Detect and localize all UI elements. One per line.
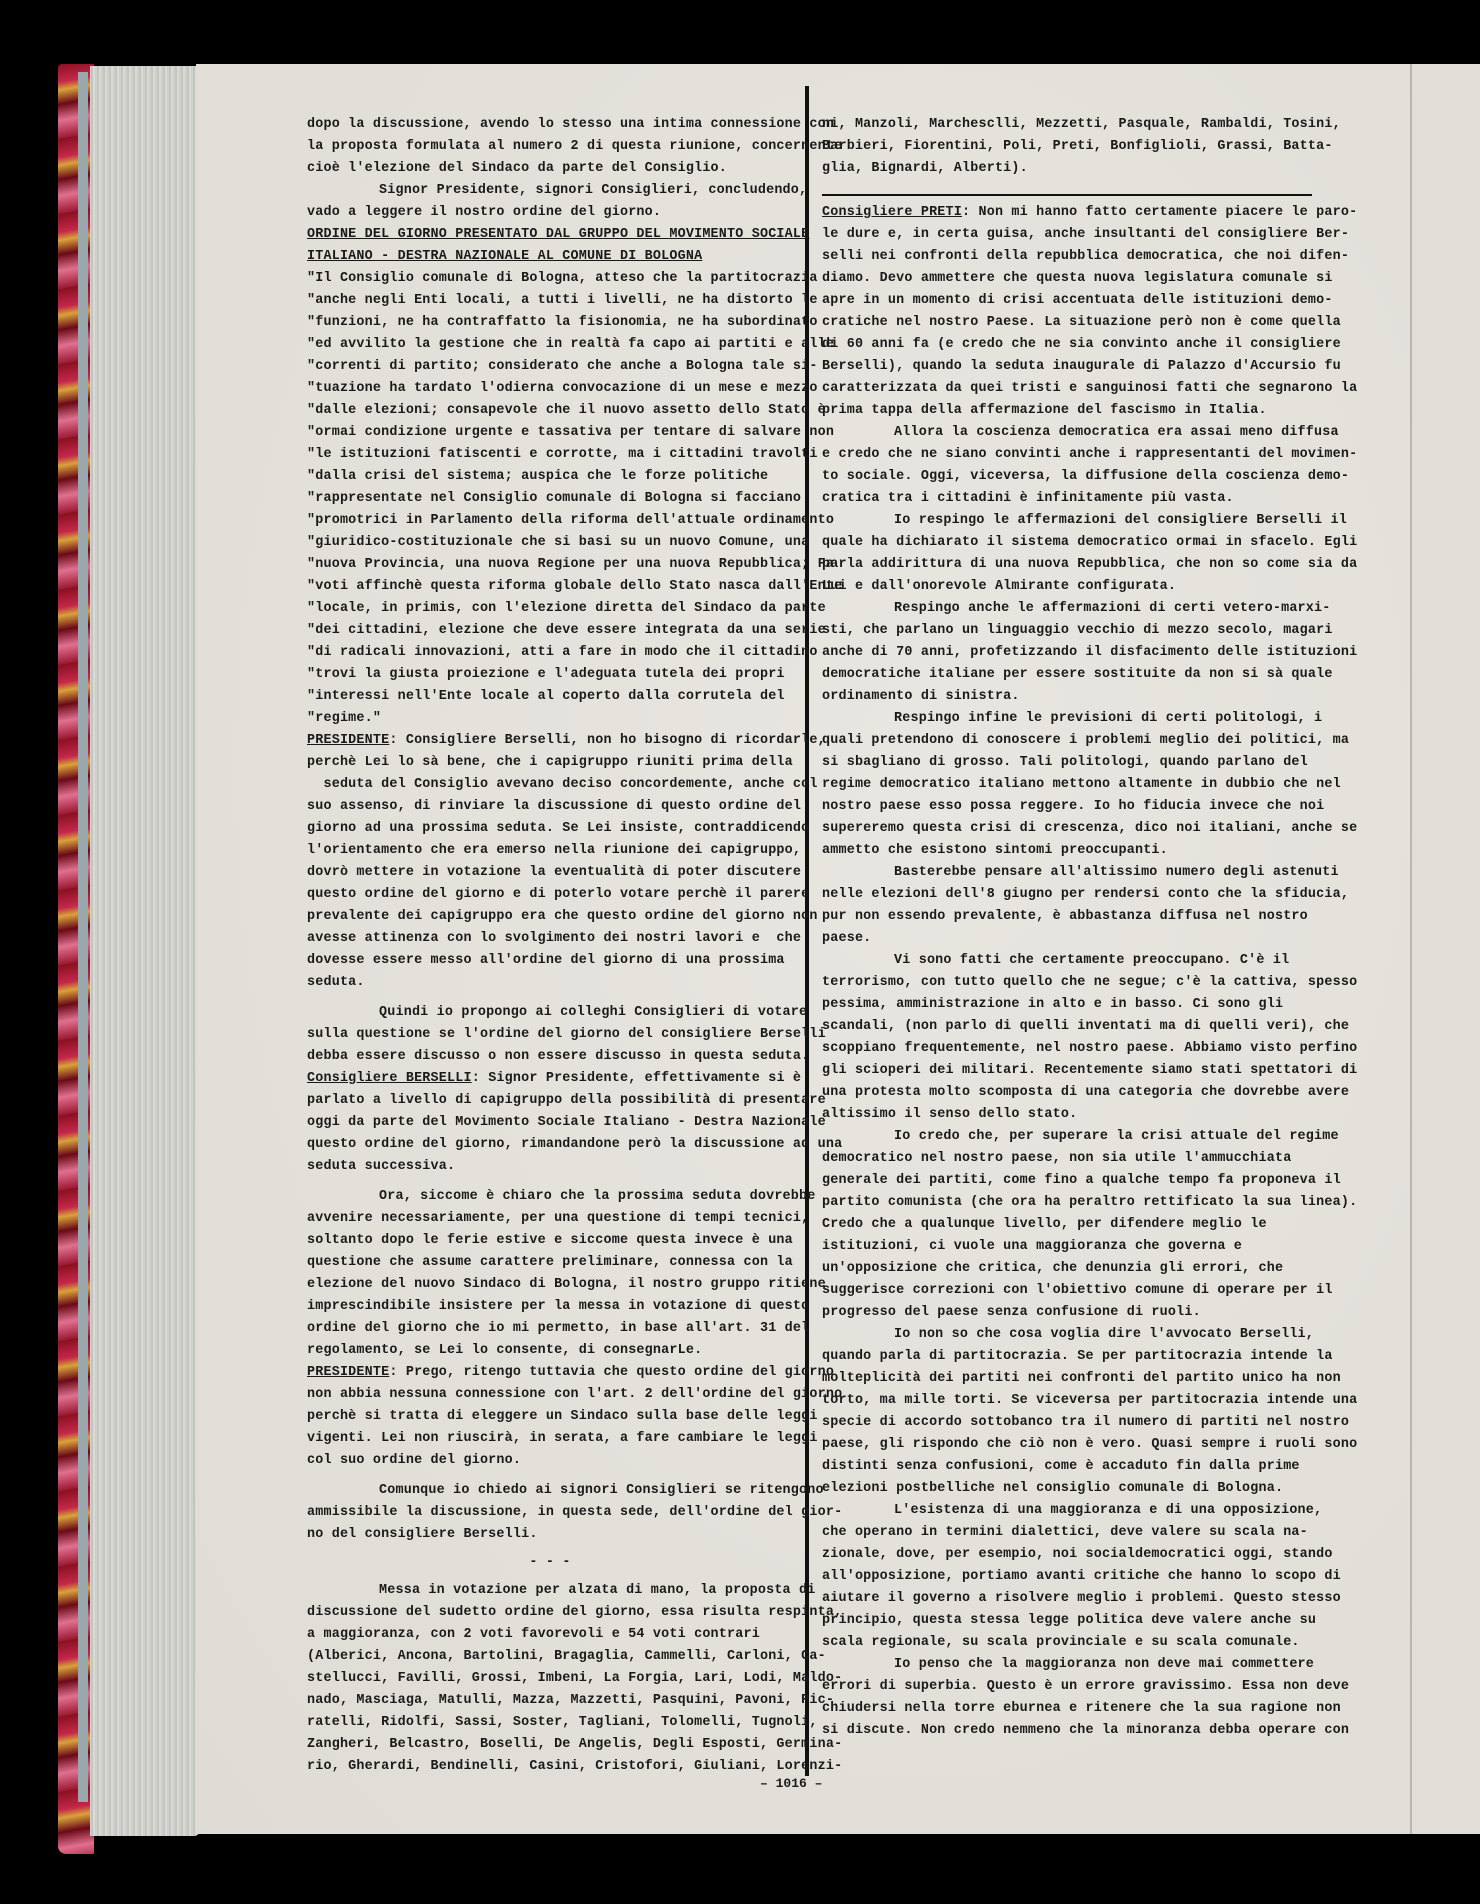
- vote-line: ratelli, Ridolfi, Sassi, Soster, Taglian…: [307, 1712, 793, 1734]
- spacer: [307, 1472, 793, 1480]
- spacer: [307, 994, 793, 1002]
- vote-line: Zangheri, Belcastro, Boselli, De Angelis…: [307, 1734, 793, 1756]
- speech-line: supereremo questa crisi di crescenza, di…: [822, 818, 1312, 840]
- book-board-edge: [78, 72, 88, 1802]
- motion-line: "giuridico-costituzionale che si basi su…: [307, 532, 793, 554]
- speech-line: pessima, amministrazione in alto e in ba…: [822, 994, 1312, 1016]
- motion-line: "dalle elezioni; consapevole che il nuov…: [307, 400, 793, 422]
- speech-line: avvenire necessariamente, per una questi…: [307, 1208, 793, 1230]
- motion-line: "dalla crisi del sistema; auspica che le…: [307, 466, 793, 488]
- motion-line: "le istituzioni fatiscenti e corrotte, m…: [307, 444, 793, 466]
- speech-line: errori di superbia. Questo è un errore g…: [822, 1676, 1312, 1698]
- speech-line: specie di accordo sottobanco tra il nume…: [822, 1412, 1312, 1434]
- speech-line: parlato a livello di capigruppo della po…: [307, 1090, 793, 1112]
- speech-line: seduta successiva.: [307, 1156, 793, 1178]
- speech-line: cratica tra i cittadini è infinitamente …: [822, 488, 1312, 510]
- motion-line: "rappresentate nel Consiglio comunale di…: [307, 488, 793, 510]
- speech-line: paese, gli rispondo che ciò non è vero. …: [822, 1434, 1312, 1456]
- book-cover-marbled: [58, 64, 94, 1854]
- speech-line: L'esistenza di una maggioranza e di una …: [822, 1500, 1312, 1522]
- speech-line: che operano in termini dialettici, deve …: [822, 1522, 1312, 1544]
- presidente-speech-first-line: PRESIDENTE: Prego, ritengo tuttavia che …: [307, 1362, 793, 1384]
- motion-line: "funzioni, ne ha contraffatto la fisiono…: [307, 312, 793, 334]
- speaker-label: Consigliere BERSELLI: [307, 1071, 472, 1086]
- speech-line: paese.: [822, 928, 1312, 950]
- speech-line: Io credo che, per superare la crisi attu…: [822, 1126, 1312, 1148]
- speech-line: Berselli), quando la seduta inaugurale d…: [822, 356, 1312, 378]
- speech-line: le dure e, in certa guisa, anche insulta…: [822, 224, 1312, 246]
- speech-text: : Non mi hanno fatto certamente piacere …: [962, 205, 1357, 220]
- speaker-label: Consigliere PRETI: [822, 205, 962, 220]
- right-column: ni, Manzoli, Marchesclli, Mezzetti, Pasq…: [822, 114, 1312, 1742]
- motion-line: "correnti di partito; considerato che an…: [307, 356, 793, 378]
- speech-line: ordinamento di sinistra.: [822, 686, 1312, 708]
- speech-line: aiutare il governo a risolvere meglio i …: [822, 1588, 1312, 1610]
- speech-line: generale dei partiti, come fino a qualch…: [822, 1170, 1312, 1192]
- speech-line: un'opposizione che critica, che denunzia…: [822, 1258, 1312, 1280]
- speech-line: to sociale. Oggi, viceversa, la diffusio…: [822, 466, 1312, 488]
- speech-line: Quindi io propongo ai colleghi Consiglie…: [307, 1002, 793, 1024]
- speech-line: prevalente dei capigruppo era che questo…: [307, 906, 793, 928]
- speech-line: Io respingo le affermazioni del consigli…: [822, 510, 1312, 532]
- speech-line: col suo ordine del giorno.: [307, 1450, 793, 1472]
- motion-line: "interessi nell'Ente locale al coperto d…: [307, 686, 793, 708]
- speech-line: regolamento, se Lei lo consente, di cons…: [307, 1340, 793, 1362]
- speech-line: nelle elezioni dell'8 giugno per renders…: [822, 884, 1312, 906]
- motion-line: "Il Consiglio comunale di Bologna, attes…: [307, 268, 793, 290]
- speech-line: principio, questa stessa legge politica …: [822, 1610, 1312, 1632]
- speech-line: Allora la coscienza democratica era assa…: [822, 422, 1312, 444]
- speech-line: perchè si tratta di eleggere un Sindaco …: [307, 1406, 793, 1428]
- vote-line: glia, Bignardi, Alberti).: [822, 158, 1312, 180]
- text-line: cioè l'elezione del Sindaco da parte del…: [307, 158, 793, 180]
- speech-line: istituzioni, ci vuole una maggioranza ch…: [822, 1236, 1312, 1258]
- speech-line: giorno ad una prossima seduta. Se Lei in…: [307, 818, 793, 840]
- vote-line: nado, Masciaga, Matulli, Mazza, Mazzetti…: [307, 1690, 793, 1712]
- speech-line: avesse attinenza con lo svolgimento dei …: [307, 928, 793, 950]
- speech-line: vigenti. Lei non riuscirà, in serata, a …: [307, 1428, 793, 1450]
- speech-line: Vi sono fatti che certamente preoccupano…: [822, 950, 1312, 972]
- speech-line: suo assenso, di rinviare la discussione …: [307, 796, 793, 818]
- speech-line: suggerisce correzioni con l'obiettivo co…: [822, 1280, 1312, 1302]
- page-number: – 1016 –: [760, 1776, 822, 1791]
- speech-line: si sbagliano di grosso. Tali politologi,…: [822, 752, 1312, 774]
- speech-text: : Consigliere Berselli, non ho bisogno d…: [389, 733, 826, 748]
- speech-line: gli scioperi dei militari. Recentemente …: [822, 1060, 1312, 1082]
- speech-line: si discute. Non credo nemmeno che la min…: [822, 1720, 1312, 1742]
- motion-heading: ITALIANO - DESTRA NAZIONALE AL COMUNE DI…: [307, 246, 793, 268]
- speech-line: Respingo anche le affermazioni di certi …: [822, 598, 1312, 620]
- speech-line: scandali, (non parlo di quelli inventati…: [822, 1016, 1312, 1038]
- speech-line: ammetto che esistono sintomi preoccupant…: [822, 840, 1312, 862]
- motion-line: "promotrici in Parlamento della riforma …: [307, 510, 793, 532]
- speaker-label: PRESIDENTE: [307, 733, 389, 748]
- motion-line: "di radicali innovazioni, atti a fare in…: [307, 642, 793, 664]
- speech-line: progresso del paese senza confusione di …: [822, 1302, 1312, 1324]
- speech-line: di 60 anni fa (e credo che ne sia convin…: [822, 334, 1312, 356]
- speech-line: selli nei confronti della repubblica dem…: [822, 246, 1312, 268]
- speech-line: ordine del giorno che io mi permetto, in…: [307, 1318, 793, 1340]
- speech-line: seduta.: [307, 972, 793, 994]
- speech-line: prima tappa della affermazione del fasci…: [822, 400, 1312, 422]
- presidente-speech-first-line: PRESIDENTE: Consigliere Berselli, non ho…: [307, 730, 793, 752]
- speech-line: e credo che ne siano convinti anche i ra…: [822, 444, 1312, 466]
- speech-line: distinti senza confusioni, come è accadu…: [822, 1456, 1312, 1478]
- speech-line: Io penso che la maggioranza non deve mai…: [822, 1654, 1312, 1676]
- speech-line: una protesta molto scomposta di una cate…: [822, 1082, 1312, 1104]
- facing-page-edge: [1410, 64, 1480, 1834]
- speech-line: elezione del nuovo Sindaco di Bologna, i…: [307, 1274, 793, 1296]
- speech-line: apre in un momento di crisi accentuata d…: [822, 290, 1312, 312]
- motion-line: "trovi la giusta proiezione e l'adeguata…: [307, 664, 793, 686]
- speech-text: : Prego, ritengo tuttavia che questo ord…: [389, 1365, 834, 1380]
- speech-line: questo ordine del giorno e di poterlo vo…: [307, 884, 793, 906]
- speech-line: anche di 70 anni, profetizzando il disfa…: [822, 642, 1312, 664]
- motion-line: "ed avvilito la gestione che in realtà f…: [307, 334, 793, 356]
- speech-line: diamo. Devo ammettere che questa nuova l…: [822, 268, 1312, 290]
- speech-line: ammissibile la discussione, in questa se…: [307, 1502, 793, 1524]
- speech-line: dovesse essere messo all'ordine del gior…: [307, 950, 793, 972]
- speech-line: democratiche italiane per essere sostitu…: [822, 664, 1312, 686]
- speech-line: molteplicità dei partiti nei confronti d…: [822, 1368, 1312, 1390]
- speech-line: imprescindibile insistere per la messa i…: [307, 1296, 793, 1318]
- speech-line: parla addirittura di una nuova Repubblic…: [822, 554, 1312, 576]
- speech-line: scala regionale, su scala provinciale e …: [822, 1632, 1312, 1654]
- motion-line: "nuova Provincia, una nuova Regione per …: [307, 554, 793, 576]
- motion-line: "voti affinchè questa riforma globale de…: [307, 576, 793, 598]
- speech-line: perchè Lei lo sà bene, che i capigruppo …: [307, 752, 793, 774]
- speech-line: non abbia nessuna connessione con l'art.…: [307, 1384, 793, 1406]
- speech-line: Ora, siccome è chiaro che la prossima se…: [307, 1186, 793, 1208]
- vote-line: rio, Gherardi, Bendinelli, Casini, Crist…: [307, 1756, 793, 1778]
- vote-line: ni, Manzoli, Marchesclli, Mezzetti, Pasq…: [822, 114, 1312, 136]
- speech-line: cratiche nel nostro Paese. La situazione…: [822, 312, 1312, 334]
- spacer: [307, 1178, 793, 1186]
- text-line: vado a leggere il nostro ordine del gior…: [307, 202, 793, 224]
- speech-line: scoppiano frequentemente, nel nostro pae…: [822, 1038, 1312, 1060]
- motion-line: "tuazione ha tardato l'odierna convocazi…: [307, 378, 793, 400]
- speech-line: l'orientamento che era emerso nella riun…: [307, 840, 793, 862]
- speech-line: sulla questione se l'ordine del giorno d…: [307, 1024, 793, 1046]
- speech-line: democratico nel nostro paese, non sia ut…: [822, 1148, 1312, 1170]
- vote-line: discussione del sudetto ordine del giorn…: [307, 1602, 793, 1624]
- speech-line: Credo che a qualunque livello, per difen…: [822, 1214, 1312, 1236]
- speech-line: no del consigliere Berselli.: [307, 1524, 793, 1546]
- speech-line: torto, ma mille torti. Se viceversa per …: [822, 1390, 1312, 1412]
- speech-line: debba essere discusso o non essere discu…: [307, 1046, 793, 1068]
- speech-line: Respingo infine le previsioni di certi p…: [822, 708, 1312, 730]
- speaker-label: PRESIDENTE: [307, 1365, 389, 1380]
- left-column: dopo la discussione, avendo lo stesso un…: [307, 114, 793, 1778]
- vote-line: a maggioranza, con 2 voti favorevoli e 5…: [307, 1624, 793, 1646]
- text-line: la proposta formulata al numero 2 di que…: [307, 136, 793, 158]
- speech-line: dovrò mettere in votazione la eventualit…: [307, 862, 793, 884]
- speech-line: caratterizzata da quei tristi e sanguino…: [822, 378, 1312, 400]
- speech-line: zionale, dove, per esempio, noi socialde…: [822, 1544, 1312, 1566]
- vote-line: Barbieri, Fiorentini, Poli, Preti, Bonfi…: [822, 136, 1312, 158]
- motion-line: "regime.": [307, 708, 793, 730]
- preti-speech-first-line: Consigliere PRETI: Non mi hanno fatto ce…: [822, 202, 1312, 224]
- speech-line: partito comunista (che ora ha peraltro r…: [822, 1192, 1312, 1214]
- speech-line: nostro paese esso possa reggere. Io ho f…: [822, 796, 1312, 818]
- speech-line: Lui e dall'onorevole Almirante configura…: [822, 576, 1312, 598]
- motion-line: "dei cittadini, elezione che deve essere…: [307, 620, 793, 642]
- speech-line: questione che assume carattere prelimina…: [307, 1252, 793, 1274]
- vote-line: stellucci, Favilli, Grossi, Imbeni, La F…: [307, 1668, 793, 1690]
- text-line: dopo la discussione, avendo lo stesso un…: [307, 114, 793, 136]
- section-separator: - - -: [307, 1552, 793, 1574]
- text-line: Signor Presidente, signori Consiglieri, …: [307, 180, 793, 202]
- motion-heading: ORDINE DEL GIORNO PRESENTATO DAL GRUPPO …: [307, 224, 793, 246]
- speech-line: oggi da parte del Movimento Sociale Ital…: [307, 1112, 793, 1134]
- motion-line: "ormai condizione urgente e tassativa pe…: [307, 422, 793, 444]
- speech-line: terrorismo, con tutto quello che ne segu…: [822, 972, 1312, 994]
- speech-line: quale ha dichiarato il sistema democrati…: [822, 532, 1312, 554]
- speech-line: pur non essendo prevalente, è abbastanza…: [822, 906, 1312, 928]
- motion-line: "anche negli Enti locali, a tutti i live…: [307, 290, 793, 312]
- speech-line: quando parla di partitocrazia. Se per pa…: [822, 1346, 1312, 1368]
- speech-line: quali pretendono di conoscere i problemi…: [822, 730, 1312, 752]
- speech-text: : Signor Presidente, effettivamente si è: [472, 1071, 801, 1086]
- speech-line: seduta del Consiglio avevano deciso conc…: [307, 774, 793, 796]
- speech-line: altissimo il senso dello stato.: [822, 1104, 1312, 1126]
- horizontal-rule: [822, 194, 1312, 196]
- page-stack-edge: [90, 66, 200, 1836]
- speech-line: chiudersi nella torre eburnea e ritenere…: [822, 1698, 1312, 1720]
- speech-line: regime democratico italiano mettono alta…: [822, 774, 1312, 796]
- speech-line: Comunque io chiedo ai signori Consiglier…: [307, 1480, 793, 1502]
- speech-line: all'opposizione, portiamo avanti critich…: [822, 1566, 1312, 1588]
- speech-line: questo ordine del giorno, rimandandone p…: [307, 1134, 793, 1156]
- vote-line: Messa in votazione per alzata di mano, l…: [307, 1580, 793, 1602]
- speech-line: Io non so che cosa voglia dire l'avvocat…: [822, 1324, 1312, 1346]
- berselli-speech-first-line: Consigliere BERSELLI: Signor Presidente,…: [307, 1068, 793, 1090]
- speech-line: Basterebbe pensare all'altissimo numero …: [822, 862, 1312, 884]
- speech-line: elezioni postbelliche nel consiglio comu…: [822, 1478, 1312, 1500]
- vote-line: (Alberici, Ancona, Bartolini, Bragaglia,…: [307, 1646, 793, 1668]
- speech-line: sti, che parlano un linguaggio vecchio d…: [822, 620, 1312, 642]
- motion-line: "locale, in primis, con l'elezione diret…: [307, 598, 793, 620]
- speech-line: soltanto dopo le ferie estive e siccome …: [307, 1230, 793, 1252]
